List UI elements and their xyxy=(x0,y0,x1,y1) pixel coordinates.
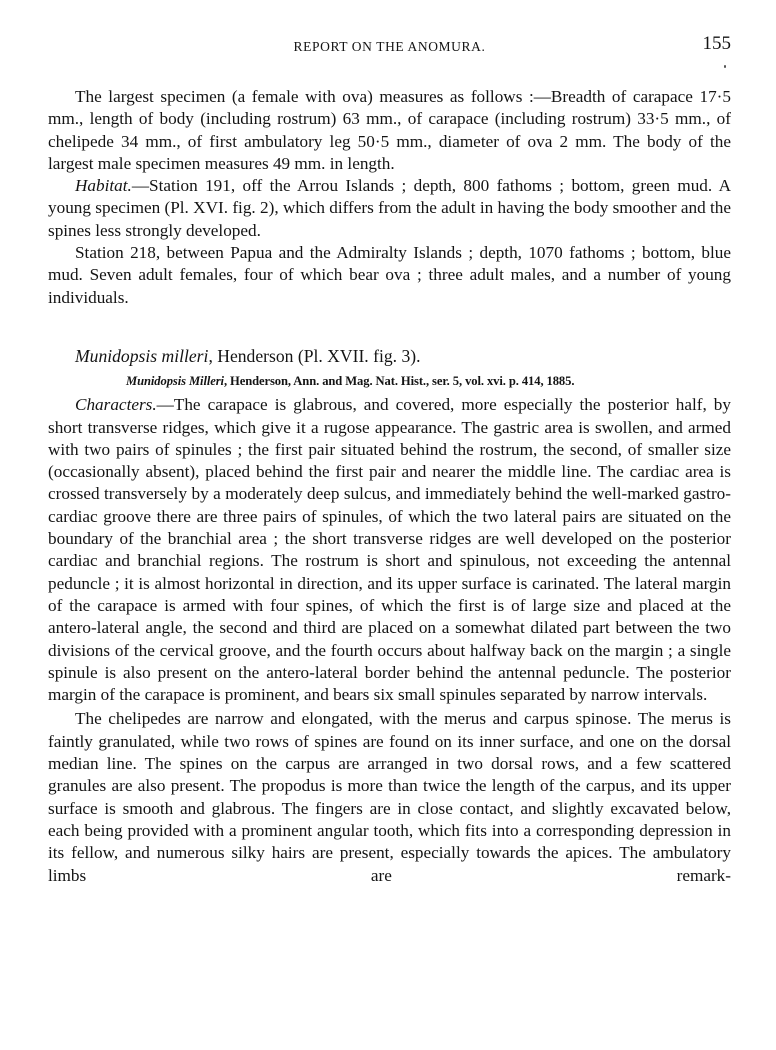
characters-label: Characters. xyxy=(75,395,157,414)
running-header: REPORT ON THE ANOMURA. 155 xyxy=(48,33,731,57)
characters-paragraph: Characters.—The carapace is glabrous, an… xyxy=(48,394,731,706)
habitat-text: —Station 191, off the Arrou Islands ; de… xyxy=(48,176,731,240)
page-number: 155 xyxy=(703,33,732,55)
synonymy-name: Munidopsis Milleri xyxy=(126,374,224,388)
chelipedes-paragraph: The chelipedes are narrow and elongated,… xyxy=(48,708,731,886)
characters-text: —The carapace is glabrous, and covered, … xyxy=(48,395,731,704)
species-name: Munidopsis milleri xyxy=(75,346,208,366)
synonymy-citation: Munidopsis Milleri, Henderson, Ann. and … xyxy=(48,371,731,391)
station-218-paragraph: Station 218, between Papua and the Admir… xyxy=(48,242,731,309)
species-heading: Munidopsis milleri, Henderson (Pl. XVII.… xyxy=(48,345,731,367)
synonymy-reference: , Henderson, Ann. and Mag. Nat. Hist., s… xyxy=(224,374,574,388)
measurements-paragraph: The largest specimen (a female with ova)… xyxy=(48,86,731,175)
running-title: REPORT ON THE ANOMURA. xyxy=(48,39,731,55)
species-authority: , Henderson (Pl. XVII. fig. 3). xyxy=(208,346,420,366)
habitat-paragraph: Habitat.—Station 191, off the Arrou Isla… xyxy=(48,175,731,242)
body-text: The largest specimen (a female with ova)… xyxy=(48,86,731,887)
habitat-label: Habitat. xyxy=(75,176,132,195)
scan-speck xyxy=(724,65,726,68)
